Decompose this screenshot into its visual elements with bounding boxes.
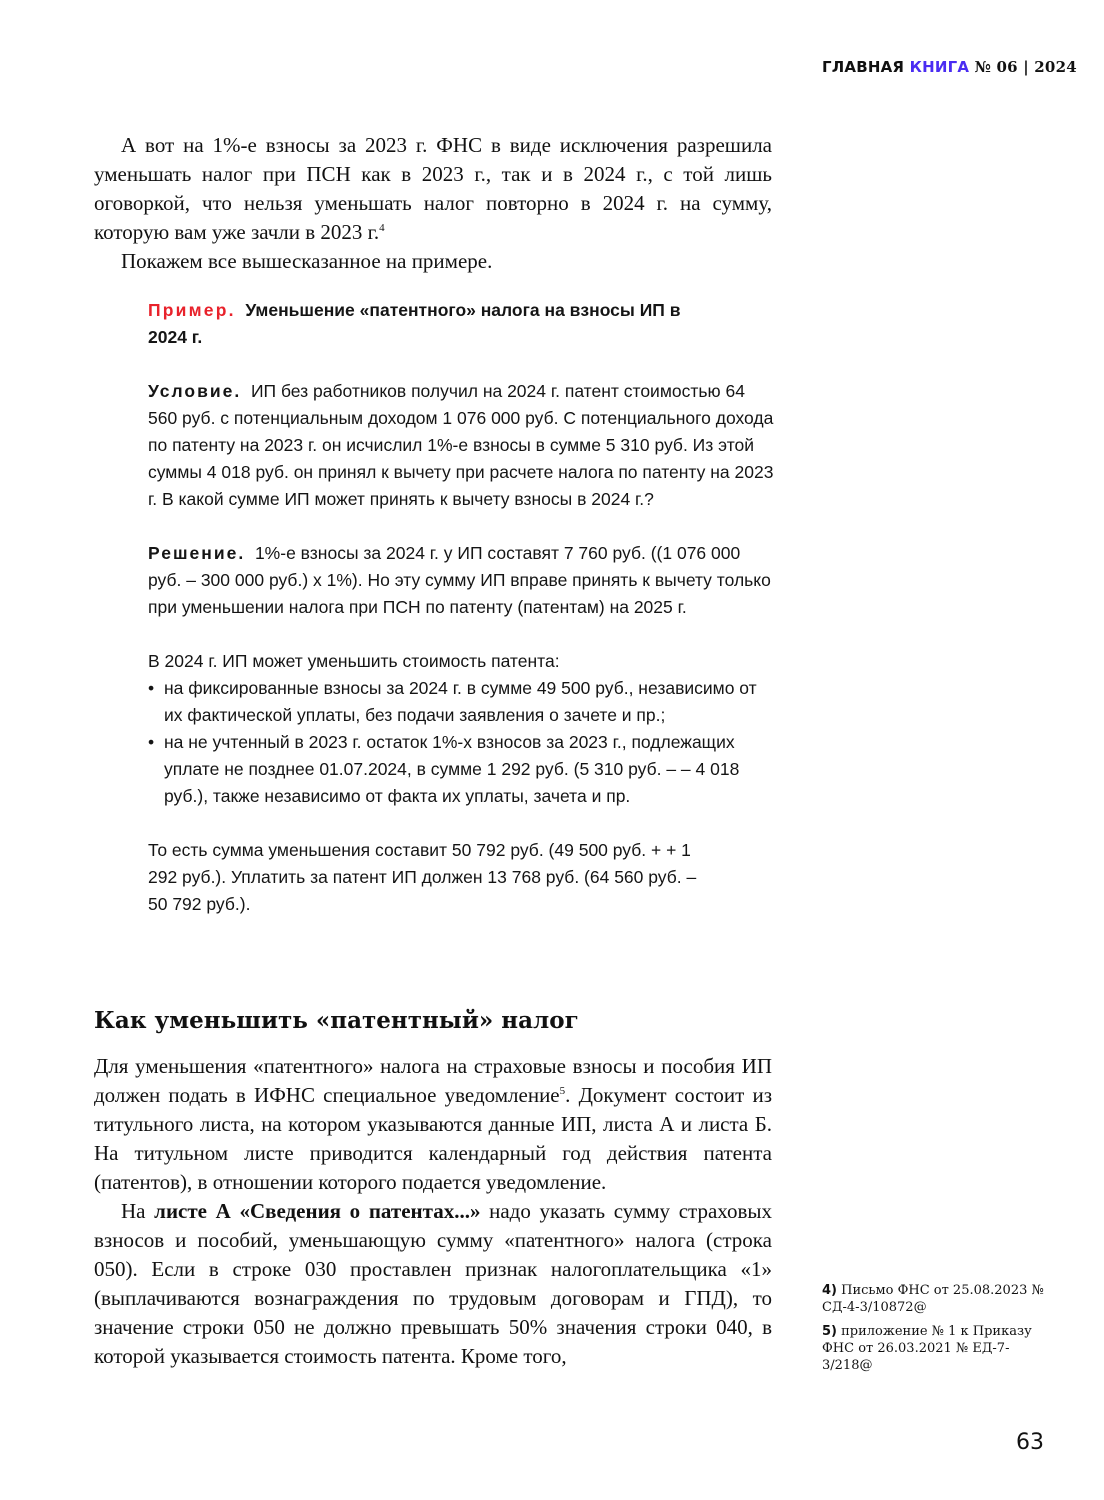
condition-label: Условие. xyxy=(148,381,241,401)
reduction-list: на фиксированные взносы за 2024 г. в сум… xyxy=(148,675,778,810)
footnote-4: 4) Письмо ФНС от 25.08.2023 № СД-4-3/108… xyxy=(822,1282,1052,1316)
page-number: 63 xyxy=(1016,1430,1044,1455)
issue-number: № 06 | 2024 xyxy=(975,58,1077,76)
example-box: Пример. Уменьшение «патентного» налога н… xyxy=(148,297,778,918)
section-body: Для уменьшения «патентного» налога на ст… xyxy=(94,1052,772,1371)
example-label: Пример. xyxy=(148,300,236,320)
condition-text: ИП без работников получил на 2024 г. пат… xyxy=(148,381,773,509)
intro-text: А вот на 1%-е взносы за 2023 г. ФНС в ви… xyxy=(94,131,772,276)
list-intro: В 2024 г. ИП может уменьшить стоимость п… xyxy=(148,648,778,675)
example-solution: Решение. 1%-е взносы за 2024 г. у ИП сос… xyxy=(148,540,778,621)
example-conclusion: То есть сумма уменьшения составит 50 792… xyxy=(148,837,718,918)
section-heading: Как уменьшить «патентный» налог xyxy=(94,1007,579,1034)
brand-name-part1: ГЛАВНАЯ xyxy=(822,58,904,76)
intro-paragraph-1: А вот на 1%-е взносы за 2023 г. ФНС в ви… xyxy=(94,131,772,247)
solution-label: Решение. xyxy=(148,543,245,563)
footnote-5: 5) приложение № 1 к Приказу ФНС от 26.03… xyxy=(822,1323,1052,1374)
list-item: на фиксированные взносы за 2024 г. в сум… xyxy=(148,675,778,729)
section-paragraph-2: На листе А «Сведения о патентах...» надо… xyxy=(94,1197,772,1371)
footnotes: 4) Письмо ФНС от 25.08.2023 № СД-4-3/108… xyxy=(822,1282,1052,1381)
example-heading: Пример. Уменьшение «патентного» налога н… xyxy=(148,297,723,351)
section-paragraph-1: Для уменьшения «патентного» налога на ст… xyxy=(94,1052,772,1197)
list-item: на не учтенный в 2023 г. остаток 1%-х вз… xyxy=(148,729,778,810)
sheet-a-emphasis: листе А «Сведения о патентах...» xyxy=(154,1199,480,1223)
intro-paragraph-2: Покажем все вышесказанное на примере. xyxy=(94,247,772,276)
example-condition: Условие. ИП без работников получил на 20… xyxy=(148,378,778,513)
brand-name-part2: КНИГА xyxy=(910,58,970,76)
running-header: ГЛАВНАЯ КНИГА № 06 | 2024 xyxy=(822,58,1077,76)
footnote-ref-4[interactable]: 4 xyxy=(379,222,385,234)
